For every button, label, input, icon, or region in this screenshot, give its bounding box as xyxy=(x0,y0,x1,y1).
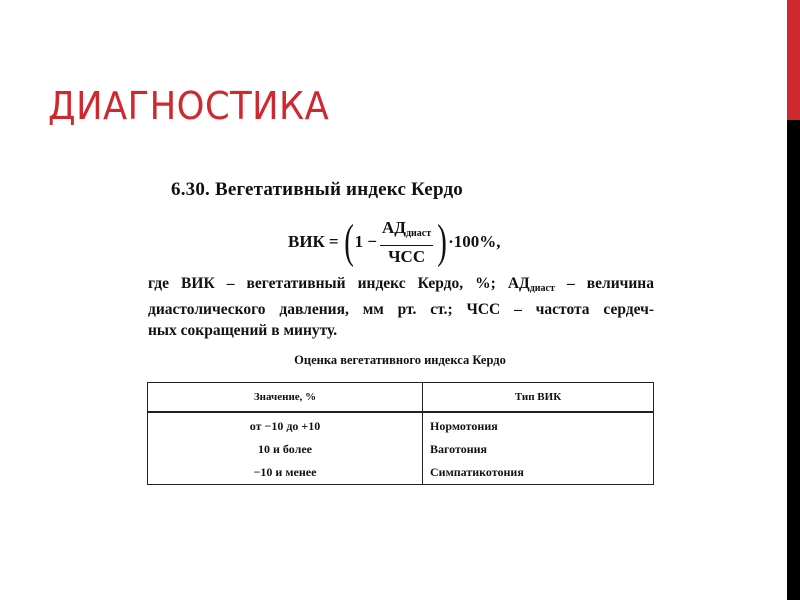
table-header-row: Значение, % Тип ВИК xyxy=(148,383,654,413)
accent-bar-black xyxy=(787,120,800,600)
formula-open-paren: ( xyxy=(344,218,354,266)
explanation-line-3: ных сокращений в минуту. xyxy=(148,320,654,341)
accent-bar-red xyxy=(787,0,800,120)
formula-one-minus: 1 − xyxy=(355,232,377,252)
explanation-subscript: диаст xyxy=(530,283,555,294)
formula-close-paren: ) xyxy=(437,218,447,266)
formula-explanation: где ВИК – вегетативный индекс Кердо, %; … xyxy=(148,273,654,341)
explanation-line-2: диастолического давления, мм рт. ст.; ЧС… xyxy=(148,299,654,320)
cell-value: от −10 до +10 xyxy=(148,412,423,438)
table-row: 10 и более Ваготония xyxy=(148,438,654,461)
formula-lhs: ВИК xyxy=(288,232,325,252)
scanned-document-image: 6.30. Вегетативный индекс Кердо ВИК = ( … xyxy=(140,170,660,490)
table-caption: Оценка вегетативного индекса Кердо xyxy=(140,353,660,368)
document-heading: 6.30. Вегетативный индекс Кердо xyxy=(171,179,463,201)
slide-title: ДИАГНОСТИКА xyxy=(48,82,329,130)
formula-denominator: ЧСС xyxy=(388,246,425,266)
cell-type: Симпатикотония xyxy=(423,461,654,485)
explanation-line-1: где ВИК – вегетативный индекс Кердо, %; … xyxy=(148,273,654,299)
kerdo-formula: ВИК = ( 1 − АДдиаст ЧСС ) ·100%, xyxy=(288,216,501,268)
table-row: от −10 до +10 Нормотония xyxy=(148,412,654,438)
numerator-subscript: диаст xyxy=(406,228,431,239)
header-type: Тип ВИК xyxy=(423,383,654,413)
header-value: Значение, % xyxy=(148,383,423,413)
cell-value: 10 и более xyxy=(148,438,423,461)
table-row: −10 и менее Симпатикотония xyxy=(148,461,654,485)
slide: ДИАГНОСТИКА 6.30. Вегетативный индекс Ке… xyxy=(0,0,800,600)
explanation-text: где ВИК – вегетативный индекс Кердо, %; … xyxy=(148,275,530,292)
formula-multiplier: ·100%, xyxy=(448,232,500,252)
cell-value: −10 и менее xyxy=(148,461,423,485)
explanation-text: – величина xyxy=(555,275,654,292)
cell-type: Нормотония xyxy=(423,412,654,438)
formula-equals: = xyxy=(329,232,339,252)
formula-fraction: АДдиаст ЧСС xyxy=(380,219,433,266)
formula-numerator: АДдиаст xyxy=(380,219,433,246)
cell-type: Ваготония xyxy=(423,438,654,461)
numerator-main: АД xyxy=(382,218,406,237)
kerdo-index-table: Значение, % Тип ВИК от −10 до +10 Нормот… xyxy=(147,382,654,485)
